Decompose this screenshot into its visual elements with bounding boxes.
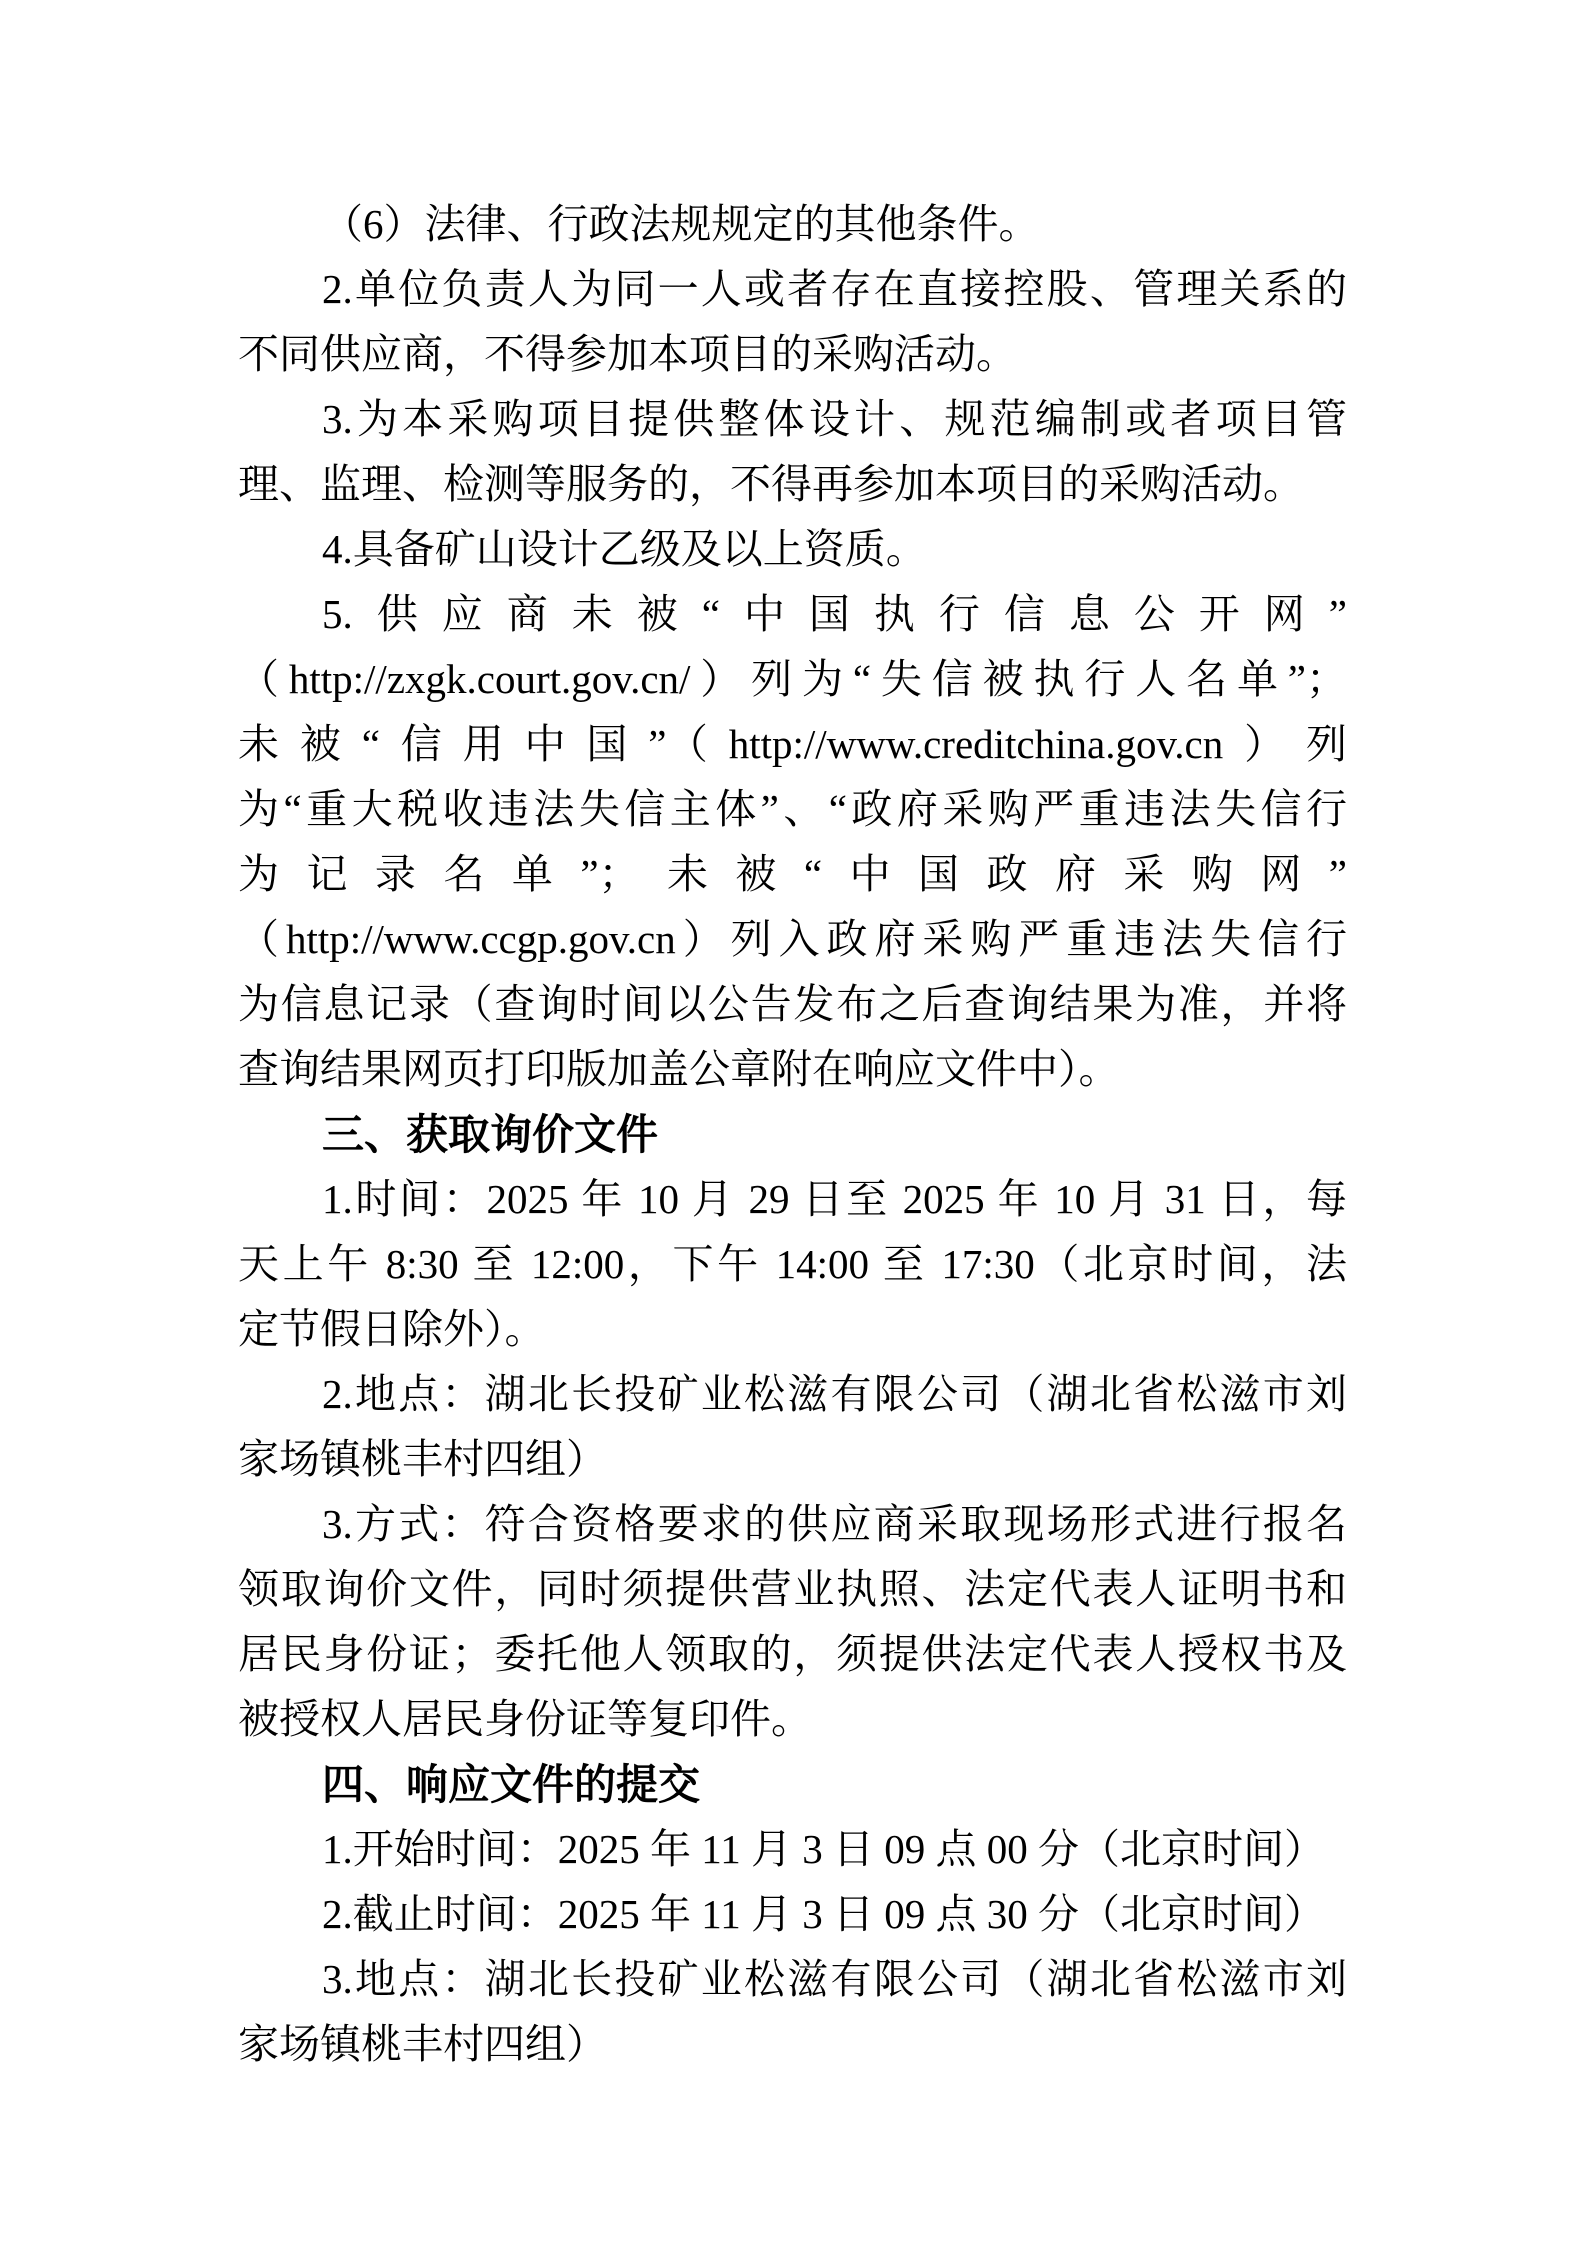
paragraph-line: 领取询价文件，同时须提供营业执照、法定代表人证明书和 (238, 1557, 1347, 1622)
paragraph-line: 家场镇桃丰村四组） (238, 2012, 1347, 2077)
paragraph-line: 3.地点：湖北长投矿业松滋有限公司（湖北省松滋市刘 (238, 1947, 1347, 2012)
paragraph-line: 3.为本采购项目提供整体设计、规范编制或者项目管 (238, 387, 1347, 452)
paragraph-line: 查询结果网页打印版加盖公章附在响应文件中）。 (238, 1037, 1347, 1102)
paragraph-line: 未被“信用中国”（http://www.creditchina.gov.cn）列 (238, 712, 1347, 777)
paragraph-line: （http://www.ccgp.gov.cn）列入政府采购严重违法失信行 (238, 907, 1347, 972)
paragraph-line: 不同供应商，不得参加本项目的采购活动。 (238, 322, 1347, 387)
paragraph-line: 家场镇桃丰村四组） (238, 1427, 1347, 1492)
paragraph-line: 4.具备矿山设计乙级及以上资质。 (238, 517, 1347, 582)
paragraph-line: （6）法律、行政法规规定的其他条件。 (238, 192, 1347, 257)
paragraph-line: （http://zxgk.court.gov.cn/）列为“失信被执行人名单”； (238, 647, 1347, 712)
paragraph-line: 定节假日除外）。 (238, 1297, 1347, 1362)
paragraph-line: 为信息记录（查询时间以公告发布之后查询结果为准，并将 (238, 972, 1347, 1037)
paragraph-line: 被授权人居民身份证等复印件。 (238, 1687, 1347, 1752)
paragraph-line: 居民身份证；委托他人领取的，须提供法定代表人授权书及 (238, 1622, 1347, 1687)
paragraph-line: 为“重大税收违法失信主体”、“政府采购严重违法失信行 (238, 777, 1347, 842)
paragraph-line: 为记录名单”；未被“中国政府采购网” (238, 842, 1347, 907)
paragraph-line: 理、监理、检测等服务的，不得再参加本项目的采购活动。 (238, 452, 1347, 517)
section-heading: 三、获取询价文件 (238, 1102, 1347, 1167)
paragraph-line: 1.开始时间：2025 年 11 月 3 日 09 点 00 分（北京时间） (238, 1817, 1347, 1882)
document-page: （6）法律、行政法规规定的其他条件。2.单位负责人为同一人或者存在直接控股、管理… (0, 0, 1587, 2245)
paragraph-line: 2.单位负责人为同一人或者存在直接控股、管理关系的 (238, 257, 1347, 322)
paragraph-line: 天上午 8:30 至 12:00，下午 14:00 至 17:30（北京时间，法 (238, 1232, 1347, 1297)
section-heading: 四、响应文件的提交 (238, 1752, 1347, 1817)
paragraph-line: 3.方式：符合资格要求的供应商采取现场形式进行报名 (238, 1492, 1347, 1557)
paragraph-line: 1.时间：2025 年 10 月 29 日至 2025 年 10 月 31 日，… (238, 1167, 1347, 1232)
paragraph-line: 2.地点：湖北长投矿业松滋有限公司（湖北省松滋市刘 (238, 1362, 1347, 1427)
document-content: （6）法律、行政法规规定的其他条件。2.单位负责人为同一人或者存在直接控股、管理… (238, 192, 1347, 2077)
paragraph-line: 2.截止时间：2025 年 11 月 3 日 09 点 30 分（北京时间） (238, 1882, 1347, 1947)
paragraph-line: 5.供应商未被“中国执行信息公开网” (238, 582, 1347, 647)
